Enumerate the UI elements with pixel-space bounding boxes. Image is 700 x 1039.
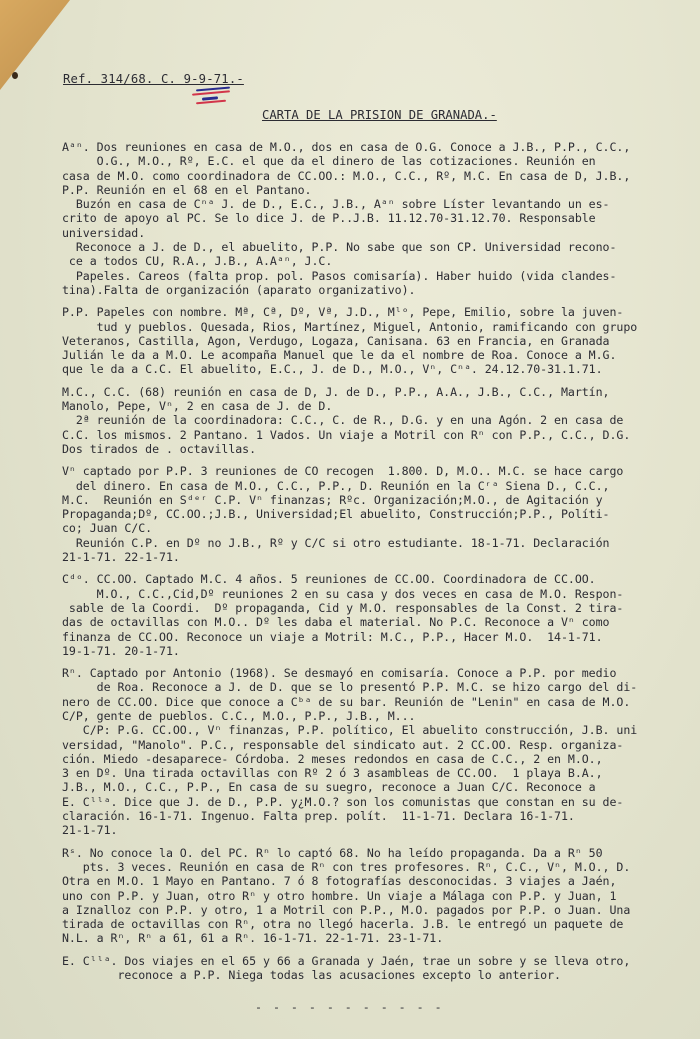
- text-line: P.P. Papeles con nombre. Mª, Cª, Dº, Vª,…: [62, 305, 700, 319]
- text-line: sable de la Coordi. Dº propaganda, Cid y…: [62, 601, 700, 615]
- text-line: uno con P.P. y Juan, otro Rⁿ y otro homb…: [62, 889, 700, 903]
- text-line: ción. Miedo -desaparece- Córdoba. 2 mese…: [62, 752, 700, 766]
- text-line: C.C. los mismos. 2 Pantano. 1 Vados. Un …: [62, 428, 700, 442]
- text-line: tirada de octavillas con Rⁿ, otra no lle…: [62, 917, 700, 931]
- text-line: M.C. Reunión en Sᵈᵉʳ C.P. Vⁿ finanzas; R…: [62, 493, 700, 507]
- text-line: ce a todos CU, R.A., J.B., A.Aᵃⁿ, J.C.: [62, 254, 700, 268]
- text-line: Veteranos, Castilla, Agon, Verdugo, Loga…: [62, 334, 700, 348]
- text-line: claración. 16-1-71. Ingenuo. Falta prep.…: [62, 809, 700, 823]
- text-line: M.O., C.C.,Cid,Dº reuniones 2 en su casa…: [62, 587, 700, 601]
- paragraph: P.P. Papeles con nombre. Mª, Cª, Dº, Vª,…: [62, 305, 700, 376]
- text-line: Reunión C.P. en Dº no J.B., Rº y C/C si …: [62, 536, 700, 550]
- text-line: Manolo, Pepe, Vⁿ, 2 en casa de J. de D.: [62, 399, 700, 413]
- text-line: Julián le da a M.O. Le acompaña Manuel q…: [62, 348, 700, 362]
- text-line: 19-1-71. 20-1-71.: [62, 644, 700, 658]
- text-line: P.P. Reunión en el 68 en el Pantano.: [62, 183, 700, 197]
- paragraph: Aᵃⁿ. Dos reuniones en casa de M.O., dos …: [62, 140, 700, 297]
- text-line: reconoce a P.P. Niega todas las acusacio…: [62, 968, 700, 982]
- paragraph: E. Cˡˡᵃ. Dos viajes en el 65 y 66 a Gran…: [62, 954, 700, 983]
- text-line: C/P, gente de pueblos. C.C., M.O., P.P.,…: [62, 709, 700, 723]
- text-line: Cᵈᵒ. CC.OO. Captado M.C. 4 años. 5 reuni…: [62, 572, 700, 586]
- text-line: O.G., M.O., Rº, E.C. el que da el dinero…: [62, 154, 700, 168]
- text-line: del dinero. En casa de M.O., C.C., P.P.,…: [62, 479, 700, 493]
- text-line: Propaganda;Dº, CC.OO.;J.B., Universidad;…: [62, 507, 700, 521]
- text-line: 3 en Dº. Una tirada octavillas con Rº 2 …: [62, 766, 700, 780]
- paragraph: M.C., C.C. (68) reunión en casa de D, J.…: [62, 385, 700, 456]
- text-line: de Roa. Reconoce a J. de D. que se lo pr…: [62, 680, 700, 694]
- text-line: crito de apoyo al PC. Se lo dice J. de P…: [62, 211, 700, 225]
- text-line: finanza de CC.OO. Reconoce un viaje a Mo…: [62, 630, 700, 644]
- text-line: tud y pueblos. Quesada, Rios, Martínez, …: [62, 320, 700, 334]
- text-line: 21-1-71.: [62, 823, 700, 837]
- paragraph: Rˢ. No conoce la O. del PC. Rⁿ lo captó …: [62, 846, 700, 946]
- text-line: E. Cˡˡᵃ. Dice que J. de D., P.P. y¿M.O.?…: [62, 795, 700, 809]
- text-line: 21-1-71. 22-1-71.: [62, 550, 700, 564]
- text-line: E. Cˡˡᵃ. Dos viajes en el 65 y 66 a Gran…: [62, 954, 700, 968]
- text-line: Buzón en casa de Cⁿᵃ J. de D., E.C., J.B…: [62, 197, 700, 211]
- text-line: Rⁿ. Captado por Antonio (1968). Se desma…: [62, 666, 700, 680]
- paragraph: Cᵈᵒ. CC.OO. Captado M.C. 4 años. 5 reuni…: [62, 572, 700, 658]
- text-line: que le da a C.C. El abuelito, E.C., J. d…: [62, 362, 700, 376]
- text-line: C/P: P.G. CC.OO., Vⁿ finanzas, P.P. polí…: [62, 723, 700, 737]
- text-line: casa de M.O. como coordinadora de CC.OO.…: [62, 169, 700, 183]
- text-line: M.C., C.C. (68) reunión en casa de D, J.…: [62, 385, 700, 399]
- text-line: pts. 3 veces. Reunión en casa de Rⁿ con …: [62, 860, 700, 874]
- paragraph: Rⁿ. Captado por Antonio (1968). Se desma…: [62, 666, 700, 838]
- ink-stain: [12, 72, 18, 79]
- document-body: Aᵃⁿ. Dos reuniones en casa de M.O., dos …: [62, 140, 700, 990]
- text-line: tina).Falta de organización (aparato org…: [62, 283, 700, 297]
- text-line: Reconoce a J. de D., el abuelito, P.P. N…: [62, 240, 700, 254]
- paragraph: Vⁿ captado por P.P. 3 reuniones de CO re…: [62, 464, 700, 564]
- text-line: Papeles. Careos (falta prop. pol. Pasos …: [62, 269, 700, 283]
- document-title: CARTA DE LA PRISION DE GRANADA.-: [262, 108, 497, 122]
- reference-line: Ref. 314/68. C. 9-9-71.-: [63, 72, 244, 86]
- text-line: a Iznalloz con P.P. y otro, 1 a Motril c…: [62, 903, 700, 917]
- pen-marks: [190, 88, 234, 108]
- text-line: das de octavillas con M.O.. Dº les daba …: [62, 615, 700, 629]
- text-line: 2ª reunión de la coordinadora: C.C., C. …: [62, 413, 700, 427]
- end-marker: - - - - - - - - - - -: [255, 1000, 444, 1014]
- reference-text: Ref. 314/68. C. 9-9-71.-: [63, 72, 244, 86]
- text-line: co; Juan C/C.: [62, 521, 700, 535]
- text-line: Rˢ. No conoce la O. del PC. Rⁿ lo captó …: [62, 846, 700, 860]
- text-line: Vⁿ captado por P.P. 3 reuniones de CO re…: [62, 464, 700, 478]
- text-line: versidad, "Manolo". P.C., responsable de…: [62, 738, 700, 752]
- text-line: Aᵃⁿ. Dos reuniones en casa de M.O., dos …: [62, 140, 700, 154]
- text-line: J.B., M.O., C.C., P.P., En casa de su su…: [62, 780, 700, 794]
- text-line: Dos tirados de . octavillas.: [62, 442, 700, 456]
- text-line: universidad.: [62, 226, 700, 240]
- text-line: Otra en M.O. 1 Mayo en Pantano. 7 ó 8 fo…: [62, 874, 700, 888]
- text-line: N.L. a Rⁿ, Rⁿ a 61, 61 a Rⁿ. 16-1-71. 22…: [62, 931, 700, 945]
- pen-mark-red: [196, 100, 226, 105]
- text-line: nero de CC.OO. Dice que conoce a Cᵇᵃ de …: [62, 695, 700, 709]
